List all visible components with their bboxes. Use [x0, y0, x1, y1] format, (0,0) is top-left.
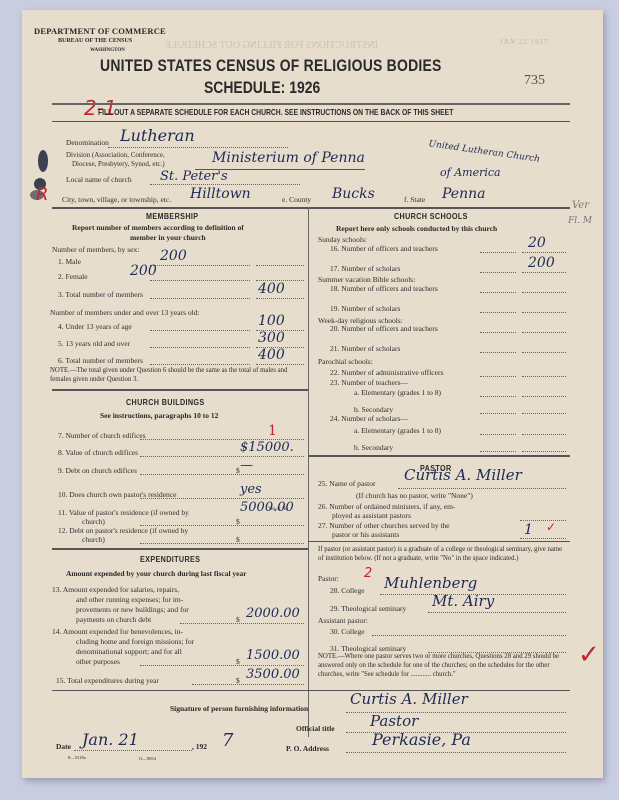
buildings-heading: CHURCH BUILDINGS: [126, 398, 205, 407]
membership-row-label: 3. Total number of members: [58, 290, 143, 299]
membership-row-value[interactable]: 400: [258, 281, 285, 297]
building-row-label: 7. Number of church edifices: [58, 431, 146, 440]
expense-14-value[interactable]: 1500.00: [246, 648, 300, 663]
membership-row-value[interactable]: 300: [258, 330, 285, 346]
expense-13-label: and other running expenses; for im-: [76, 595, 183, 604]
division-label: Division (Association, Conference,: [66, 151, 165, 159]
school-row-label: b. Secondary: [354, 443, 393, 452]
membership-row-label: 2. Female: [58, 272, 88, 281]
expense-13-label: provements or new buildings; and for: [76, 605, 189, 614]
county-label: e. County: [282, 195, 311, 204]
membership-row-value[interactable]: 100: [258, 313, 285, 329]
building-row-label: 11. Value of pastor's residence (if owne…: [58, 508, 189, 517]
year-value[interactable]: 7: [222, 730, 233, 751]
city-value[interactable]: Hilltown: [190, 186, 251, 202]
membership-note: NOTE.—The total given under Question 6 s…: [50, 366, 305, 384]
received-stamp: JAN 22 1927: [500, 38, 548, 46]
department-label: DEPARTMENT OF COMMERCE: [34, 26, 166, 36]
school-row-label: 21. Number of scholars: [330, 344, 400, 353]
margin-note: Ver: [572, 200, 589, 211]
signature-value[interactable]: Curtis A. Miller: [350, 690, 468, 708]
city-label: WASHINGTON: [90, 48, 125, 53]
expense-14-label: denominational support; and for all: [76, 647, 182, 656]
membership-heading: MEMBERSHIP: [146, 212, 198, 221]
denomination-value[interactable]: Lutheran: [120, 126, 195, 145]
expense-13-label: 13. Amount expended for salaries, repair…: [52, 585, 179, 594]
school-row-label: 16. Number of officers and teachers: [330, 244, 438, 253]
bureau-label: BUREAU OF THE CENSUS: [58, 38, 132, 44]
state-value[interactable]: Penna: [442, 186, 485, 202]
schedule-title: SCHEDULE: 1926: [204, 78, 320, 98]
building-row-label: 12. Debt on pastor's residence (if owned…: [58, 526, 188, 535]
official-title-value[interactable]: Pastor: [370, 712, 418, 730]
school-row-label: 23. Number of teachers—: [330, 378, 408, 387]
red-letter-mark: R: [36, 184, 49, 205]
school-row-value[interactable]: 200: [528, 255, 555, 271]
school-row-label: 17. Number of scholars: [330, 264, 400, 273]
instruction-banner: FILL OUT A SEPARATE SCHEDULE FOR EACH CH…: [98, 107, 453, 117]
building-row-label: 8. Value of church edifices: [58, 448, 138, 457]
expense-15-label: 15. Total expenditures during year: [56, 676, 159, 685]
membership-row-value[interactable]: 400: [258, 347, 285, 363]
building-row-value[interactable]: 1: [268, 423, 277, 439]
church-name-value[interactable]: St. Peter's: [160, 169, 228, 184]
school-row-label: 20. Number of officers and teachers: [330, 324, 438, 333]
membership-row-label: 4. Under 13 years of age: [58, 322, 132, 331]
membership-row-label: 1. Male: [58, 257, 81, 266]
building-row-value[interactable]: $15000.: [240, 440, 294, 455]
pastor-name-value[interactable]: Curtis A. Miller: [404, 466, 522, 484]
expense-14-label: cluding home and foreign missions; for: [76, 637, 194, 646]
school-row-value[interactable]: 20: [528, 235, 546, 251]
schools-heading: CHURCH SCHOOLS: [394, 212, 468, 221]
date-value[interactable]: Jan. 21: [82, 730, 139, 749]
building-row-label: 9. Debt on church edifices: [58, 466, 137, 475]
school-row-label: b. Secondary: [354, 405, 393, 414]
college-value[interactable]: Muhlenberg: [384, 574, 477, 592]
form-title: UNITED STATES CENSUS OF RELIGIOUS BODIES: [100, 56, 442, 76]
membership-row-label: 6. Total number of members: [58, 356, 143, 365]
school-row-label: a. Elementary (grades 1 to 8): [354, 426, 441, 435]
address-value[interactable]: Perkasie, Pa: [372, 730, 471, 749]
city-label: City, town, village, or township, etc.: [62, 195, 171, 204]
school-row-label: a. Elementary (grades 1 to 8): [354, 388, 441, 397]
building-row-value[interactable]: 5000.00: [240, 500, 294, 515]
school-row-label: 24. Number of scholars—: [330, 414, 408, 423]
school-row-label: 18. Number of officers and teachers: [330, 284, 438, 293]
county-value[interactable]: Bucks: [332, 186, 375, 202]
membership-row-label: 5. 13 years old and over: [58, 339, 130, 348]
state-label: f. State: [404, 195, 425, 204]
form-number: 735: [524, 73, 545, 89]
expense-13-value[interactable]: 2000.00: [246, 606, 300, 621]
church-name-label: Local name of church: [66, 175, 132, 184]
school-row-label: 22. Number of administrative officers: [330, 368, 443, 377]
seminary-value[interactable]: Mt. Airy: [432, 592, 494, 610]
other-churches-value[interactable]: 1: [524, 522, 533, 538]
building-row-value[interactable]: —: [240, 458, 253, 473]
expenditures-heading: EXPENDITURES: [140, 555, 200, 564]
expense-14-label: 14. Amount expended for benevolences, in…: [52, 627, 183, 636]
division-value[interactable]: Ministerium of Penna: [212, 150, 365, 166]
expense-13-label: payments on church debt: [76, 615, 151, 624]
expense-14-label: other purposes: [76, 657, 120, 666]
membership-row-value[interactable]: 200: [130, 263, 157, 279]
denomination-label: Denomination: [66, 138, 109, 147]
expense-15-value[interactable]: 3500.00: [246, 667, 300, 682]
membership-row-value[interactable]: 200: [160, 248, 187, 264]
bleed-through-text: INSTRUCTIONS FOR FILLING OUT SCHEDULE: [165, 40, 378, 51]
school-row-label: 19. Number of scholars: [330, 304, 400, 313]
building-row-value[interactable]: yes: [240, 482, 262, 497]
